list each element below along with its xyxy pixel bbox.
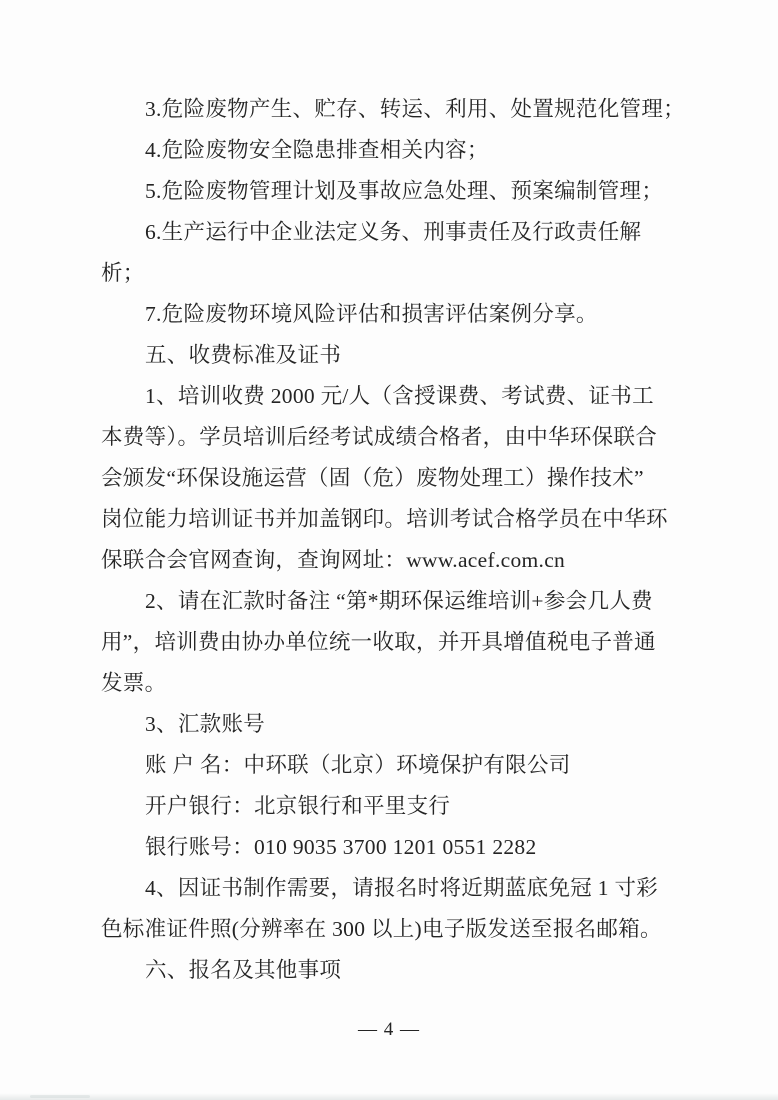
text-line: 五、收费标准及证书: [101, 335, 701, 376]
text-line: 开户银行：北京银行和平里支行: [101, 786, 701, 827]
document-page: 3.危险废物产生、贮存、转运、利用、处置规范化管理；4.危险废物安全隐患排查相关…: [0, 0, 778, 1100]
scan-edge-shadow: [0, 1093, 778, 1100]
text-line: 色标准证件照(分辨率在 300 以上)电子版发送至报名邮箱。: [101, 909, 701, 950]
text-line: 会颁发“环保设施运营（固（危）废物处理工）操作技术”: [101, 458, 701, 499]
text-line: 2、请在汇款时备注 “第*期环保运维培训+参会几人费: [101, 581, 701, 622]
text-line: 银行账号：010 9035 3700 1201 0551 2282: [101, 827, 701, 868]
text-line: 保联合会官网查询，查询网址：www.acef.com.cn: [101, 540, 701, 581]
document-body: 3.危险废物产生、贮存、转运、利用、处置规范化管理；4.危险废物安全隐患排查相关…: [101, 89, 701, 991]
page-number: — 4 —: [0, 1018, 778, 1042]
text-line: 4.危险废物安全隐患排查相关内容；: [101, 130, 701, 171]
text-line: 析；: [101, 253, 701, 294]
text-line: 岗位能力培训证书并加盖钢印。培训考试合格学员在中华环: [101, 499, 701, 540]
text-line: 发票。: [101, 663, 701, 704]
text-line: 5.危险废物管理计划及事故应急处理、预案编制管理；: [101, 171, 701, 212]
text-line: 6.生产运行中企业法定义务、刑事责任及行政责任解: [101, 212, 701, 253]
text-line: 六、报名及其他事项: [101, 950, 701, 991]
text-line: 1、培训收费 2000 元/人（含授课费、考试费、证书工: [101, 376, 701, 417]
text-line: 3、汇款账号: [101, 704, 701, 745]
scan-artifact: [30, 1095, 90, 1098]
text-line: 用”，培训费由协办单位统一收取，并开具增值税电子普通: [101, 622, 701, 663]
text-line: 7.危险废物环境风险评估和损害评估案例分享。: [101, 294, 701, 335]
text-line: 3.危险废物产生、贮存、转运、利用、处置规范化管理；: [101, 89, 701, 130]
text-line: 账 户 名：中环联（北京）环境保护有限公司: [101, 745, 701, 786]
text-line: 4、因证书制作需要，请报名时将近期蓝底免冠 1 寸彩: [101, 868, 701, 909]
text-line: 本费等）。学员培训后经考试成绩合格者，由中华环保联合: [101, 417, 701, 458]
